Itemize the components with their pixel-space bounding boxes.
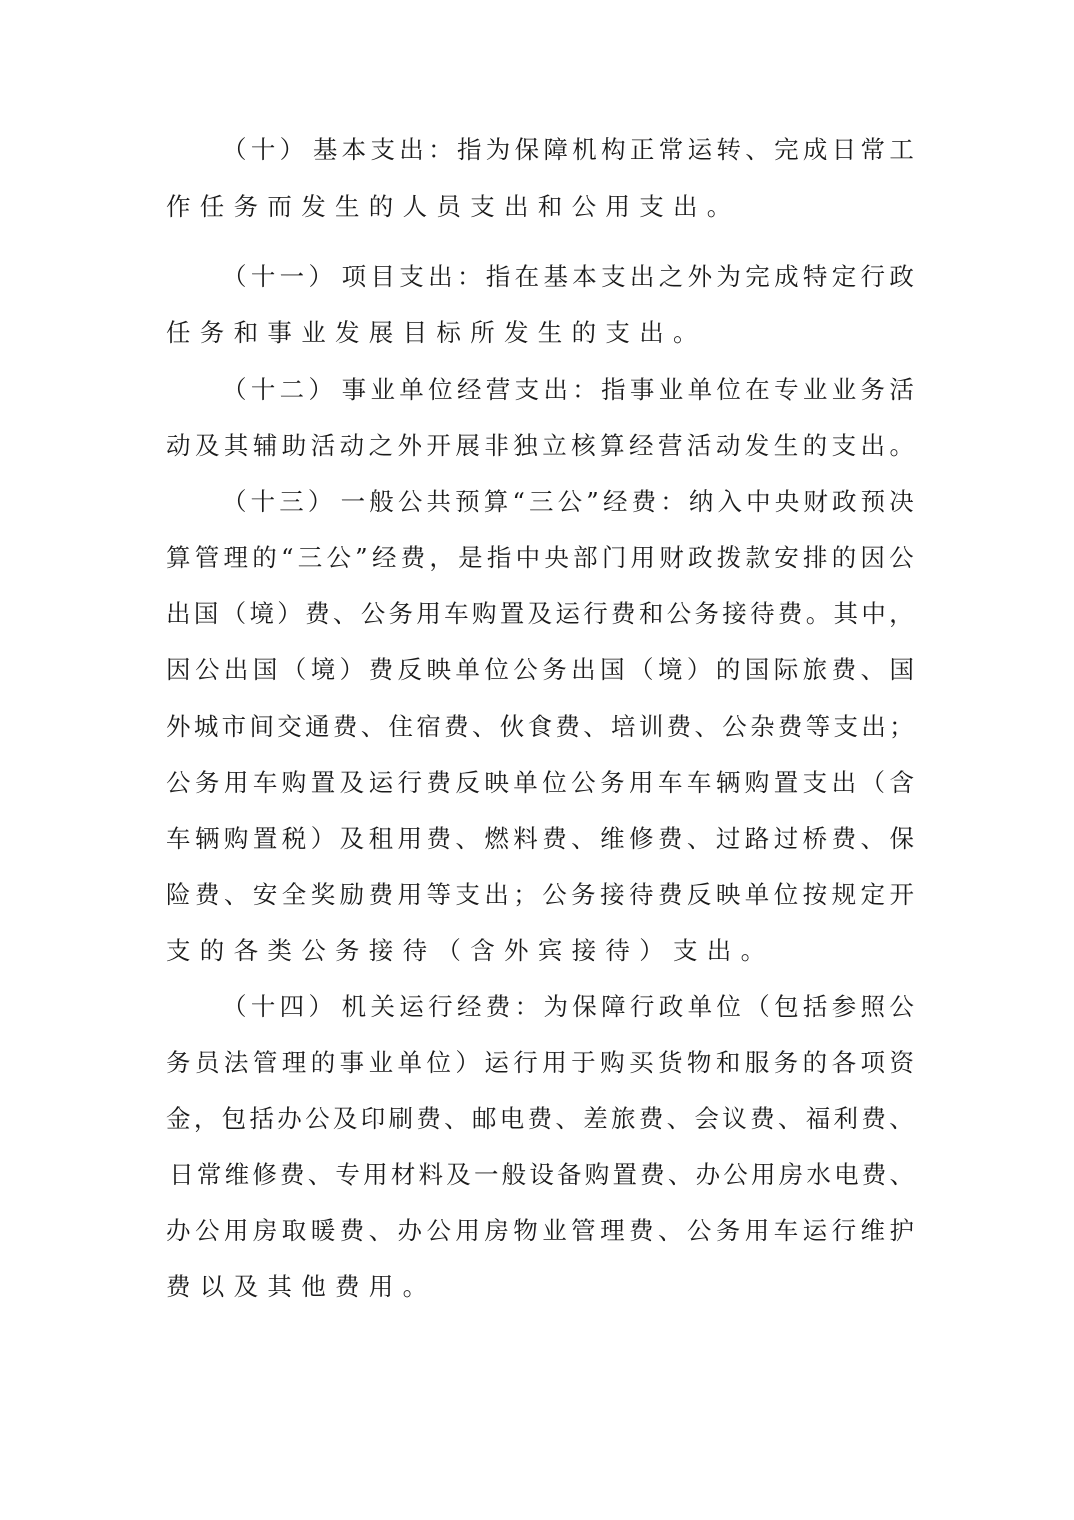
text-line: 公务用车购置及运行费反映单位公务用车车辆购置支出（含 bbox=[166, 766, 914, 800]
text-line: 出国（境）费、公务用车购置及运行费和公务接待费。其中， bbox=[166, 597, 914, 631]
text-line: （十四） 机关运行经费：为保障行政单位（包括参照公 bbox=[222, 990, 914, 1024]
text-line: 车辆购置税）及租用费、燃料费、维修费、过路过桥费、保 bbox=[166, 822, 914, 856]
text-line: 金，包括办公及印刷费、邮电费、差旅费、会议费、福利费、 bbox=[166, 1102, 914, 1136]
text-line: 作任务而发生的人员支出和公用支出。 bbox=[166, 190, 914, 224]
text-line: 因公出国（境）费反映单位公务出国（境）的国际旅费、国 bbox=[166, 653, 914, 687]
text-line: （十一） 项目支出：指在基本支出之外为完成特定行政 bbox=[222, 260, 914, 294]
text-line: 费以及其他费用。 bbox=[166, 1270, 914, 1304]
text-line: （十三） 一般公共预算“三公”经费：纳入中央财政预决 bbox=[222, 485, 914, 519]
text-line: 险费、安全奖励费用等支出；公务接待费反映单位按规定开 bbox=[166, 878, 914, 912]
text-line: （十） 基本支出：指为保障机构正常运转、完成日常工 bbox=[222, 133, 914, 167]
text-line: 外城市间交通费、住宿费、伙食费、培训费、公杂费等支出； bbox=[166, 710, 914, 744]
text-line: 日常维修费、专用材料及一般设备购置费、办公用房水电费、 bbox=[166, 1158, 914, 1192]
text-line: 动及其辅助活动之外开展非独立核算经营活动发生的支出。 bbox=[166, 429, 914, 463]
text-line: 务员法管理的事业单位）运行用于购买货物和服务的各项资 bbox=[166, 1046, 914, 1080]
text-line: 办公用房取暖费、办公用房物业管理费、公务用车运行维护 bbox=[166, 1214, 914, 1248]
text-line: 算管理的“三公”经费，是指中央部门用财政拨款安排的因公 bbox=[166, 541, 914, 575]
text-line: （十二） 事业单位经营支出：指事业单位在专业业务活 bbox=[222, 373, 914, 407]
document-page: （十） 基本支出：指为保障机构正常运转、完成日常工 作任务而发生的人员支出和公用… bbox=[0, 0, 1074, 1520]
text-line: 支的各类公务接待（含外宾接待）支出。 bbox=[166, 934, 914, 968]
text-line: 任务和事业发展目标所发生的支出。 bbox=[166, 316, 914, 350]
